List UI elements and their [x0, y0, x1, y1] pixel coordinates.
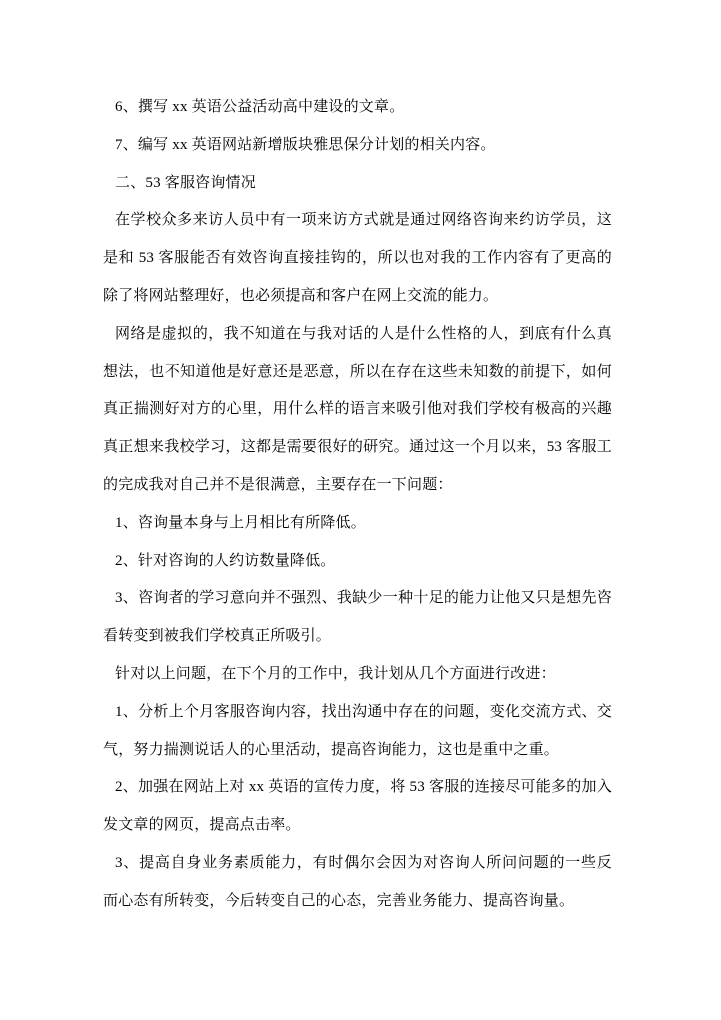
- text-line: 真正想来我校学习，这都是需要很好的研究。通过这一个月以来，53 客服工作: [103, 429, 612, 467]
- text-line: 的完成我对自己并不是很满意，主要存在一下问题：: [103, 467, 612, 505]
- text-line: 而心态有所转变，今后转变自己的心态，完善业务能力、提高咨询量。: [103, 883, 612, 921]
- text-line: 除了将网站整理好，也必须提高和客户在网上交流的能力。: [103, 278, 612, 316]
- text-line: 二、53 客服咨询情况: [103, 165, 612, 203]
- text-line: 3、提高自身业务素质能力，有时偶尔会因为对咨询人所问问题的一些反感，从: [103, 845, 612, 883]
- text-line: 发文章的网页，提高点击率。: [103, 807, 612, 845]
- text-line: 3、咨询者的学习意向并不强烈、我缺少一种十足的能力让他又只是想先咨询看: [103, 580, 612, 618]
- document-page: 6、撰写 xx 英语公益活动高中建设的文章。7、编写 xx 英语网站新增版块雅思…: [0, 0, 721, 1020]
- text-line: 网络是虚拟的，我不知道在与我对话的人是什么性格的人，到底有什么真正的: [103, 316, 612, 354]
- text-line: 气，努力揣测说话人的心里活动，提高咨询能力，这也是重中之重。: [103, 732, 612, 770]
- text-line: 2、加强在网站上对 xx 英语的宣传力度，将 53 客服的连接尽可能多的加入到所: [103, 769, 612, 807]
- text-line: 1、咨询量本身与上月相比有所降低。: [103, 505, 612, 543]
- text-line: 在学校众多来访人员中有一项来访方式就是通过网络咨询来约访学员，这也就: [103, 202, 612, 240]
- text-line: 针对以上问题，在下个月的工作中，我计划从几个方面进行改进：: [103, 656, 612, 694]
- text-line: 1、分析上个月客服咨询内容，找出沟通中存在的问题，变化交流方式、交流语: [103, 694, 612, 732]
- text-line: 真正揣测好对方的心里，用什么样的语言来吸引他对我们学校有极高的兴趣甚至: [103, 391, 612, 429]
- text-line: 想法，也不知道他是好意还是恶意，所以在存在这些未知数的前提下，如何能够: [103, 354, 612, 392]
- text-line: 6、撰写 xx 英语公益活动高中建设的文章。: [103, 89, 612, 127]
- document-body: 6、撰写 xx 英语公益活动高中建设的文章。7、编写 xx 英语网站新增版块雅思…: [103, 89, 612, 921]
- text-line: 2、针对咨询的人约访数量降低。: [103, 543, 612, 581]
- text-line: 7、编写 xx 英语网站新增版块雅思保分计划的相关内容。: [103, 127, 612, 165]
- text-line: 是和 53 客服能否有效咨询直接挂钩的，所以也对我的工作内容有了更高的要求，: [103, 240, 612, 278]
- text-line: 看转变到被我们学校真正所吸引。: [103, 618, 612, 656]
